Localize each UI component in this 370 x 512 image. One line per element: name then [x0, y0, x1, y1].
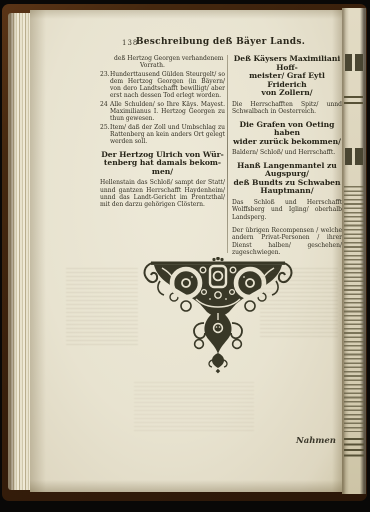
- adjacent-footer-fragment: [344, 438, 364, 460]
- section-heading: Hanß Langenmantel zu Augspurg/ deß Bundt…: [232, 162, 342, 196]
- left-column: deß Hertzog Georgen verhandenem Vorrath.…: [100, 55, 225, 213]
- numbered-entry: 23. Hunderttausend Gülden Steurgelt/ so …: [100, 71, 225, 100]
- body-paragraph: Das Schloß und Herrschafft Wolffsberg un…: [232, 199, 342, 221]
- running-header: Beschreibung deß Bäyer Lands.: [100, 37, 341, 47]
- ink-bleedthrough: [134, 382, 254, 434]
- entry-number: 23.: [100, 71, 110, 100]
- carryover-line-1: deß Hertzog Georgen verhandenem: [114, 55, 224, 62]
- carryover-line-2: Vorrath.: [114, 62, 225, 69]
- catchword: Nahmen: [260, 436, 336, 446]
- section-heading: Deß Käysers Maximiliani Hoff- meister/ G…: [232, 55, 342, 98]
- body-paragraph: Der übrigen Recompensen / welche andern …: [232, 227, 342, 256]
- column-divider-rule: [227, 55, 228, 253]
- book-page: 138 Beschreibung deß Bäyer Lands. deß He…: [30, 10, 342, 492]
- body-paragraph: Die Herrschafften Spitz/ unnd Schwalbach…: [232, 101, 342, 116]
- right-column: Deß Käysers Maximiliani Hoff- meister/ G…: [232, 55, 342, 260]
- body-paragraph: Baldern/ Schloß/ und Herrschafft.: [232, 149, 342, 156]
- page-edges-left: [8, 13, 32, 490]
- adjacent-initial-ornament: [345, 148, 363, 165]
- body-paragraph: Hellenstain das Schloß/ sampt der Statt/…: [100, 179, 225, 208]
- entry-text: Hunderttausend Gülden Steurgelt/ so dem …: [110, 71, 225, 100]
- adjacent-page-edge: [342, 8, 366, 494]
- section-heading: Der Hertzog Ulrich von Wür- tenberg hat …: [100, 151, 225, 177]
- entry-text: Item/ daß der Zoll und Umbschlag zu Ratt…: [110, 124, 225, 146]
- carryover-paragraph: deß Hertzog Georgen verhandenem Vorrath.: [100, 55, 225, 70]
- entry-text: Alle Schulden/ so Ihre Käys. Mayest. Max…: [110, 101, 225, 123]
- numbered-entry: 25. Item/ daß der Zoll und Umbschlag zu …: [100, 124, 225, 146]
- book-photograph: 138 Beschreibung deß Bäyer Lands. deß He…: [0, 0, 370, 512]
- numbered-entry: 24 Alle Schulden/ so Ihre Käys. Mayest. …: [100, 101, 225, 123]
- entry-number: 25.: [100, 124, 110, 146]
- entry-number: 24: [100, 101, 110, 123]
- adjacent-heading-fragment: [344, 96, 363, 108]
- ink-bleedthrough: [260, 268, 338, 338]
- adjacent-headpiece-ornament: [345, 54, 363, 71]
- section-heading: Die Grafen von Oeting haben wider zurück…: [232, 121, 342, 147]
- ink-bleedthrough: [66, 268, 138, 346]
- adjacent-index-lines: [344, 186, 364, 432]
